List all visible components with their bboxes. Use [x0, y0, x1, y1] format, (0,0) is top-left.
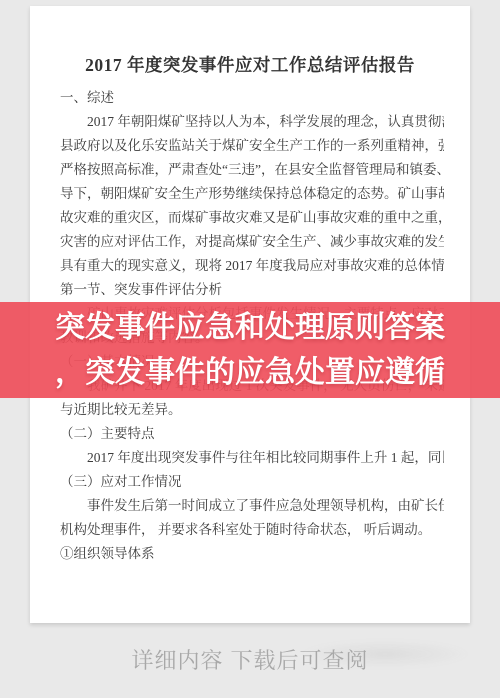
document-line: 一、综述: [60, 86, 444, 110]
promo-banner-overlay: 突发事件应急和处理原则答案 ，突发事件的应急处置应遵循: [0, 302, 500, 398]
promo-banner-text-line1: 突发事件应急和处理原则答案: [0, 305, 500, 350]
document-line: 导下，朝阳煤矿安全生产形势继续保持总体稳定的态势。矿山事故灾难是突发事: [60, 182, 444, 206]
document-line: 机构处理事件， 并要求各科室处于随时待命状态， 听后调动。: [60, 518, 444, 542]
document-line: 第一节、突发事件评估分析: [60, 278, 444, 302]
promo-banner-text-line2: ，突发事件的应急处置应遵循: [0, 350, 500, 395]
document-line: 灾害的应对评估工作，对提高煤矿安全生产、减少事故灾难的发生和人员伤亡，: [60, 230, 444, 254]
document-line: （二）主要特点: [60, 422, 444, 446]
document-preview: { "document": { "title": "2017 年度突发事件应对工…: [0, 0, 500, 698]
document-line: 事件发生后第一时间成立了事件应急处理领导机构，由矿长任组长主持应急: [60, 494, 444, 518]
document-line: 县政府以及化乐安监站关于煤矿安全生产工作的一系列重精神，强化安全管理，: [60, 134, 444, 158]
document-line: 与近期比较无差异。: [60, 398, 444, 422]
download-hint-caption: 详细内容 下载后可查阅: [0, 646, 500, 676]
document-line: ①组织领导体系: [60, 542, 444, 566]
document-line: 严格按照高标准，严肃查处“三违”，在县安全监督管理局和镇委、镇政府的领: [60, 158, 444, 182]
document-line: 故灾难的重灾区，而煤矿事故灾难又是矿山事故灾难的重中之重，开展煤矿事故: [60, 206, 444, 230]
document-line: 2017 年朝阳煤矿坚持以人为本，科学发展的理念，认真贯彻落实水城县委: [60, 110, 444, 134]
document-line: （三）应对工作情况: [60, 470, 444, 494]
document-title: 2017 年度突发事件应对工作总结评估报告: [30, 52, 470, 77]
document-line: 具有重大的现实意义，现将 2017 年度我局应对事故灾难的总体情况报告如下。: [60, 254, 444, 278]
document-line: 2017 年度出现突发事件与往年相比较同期事件上升 1 起，同比上升 100%。: [60, 446, 444, 470]
